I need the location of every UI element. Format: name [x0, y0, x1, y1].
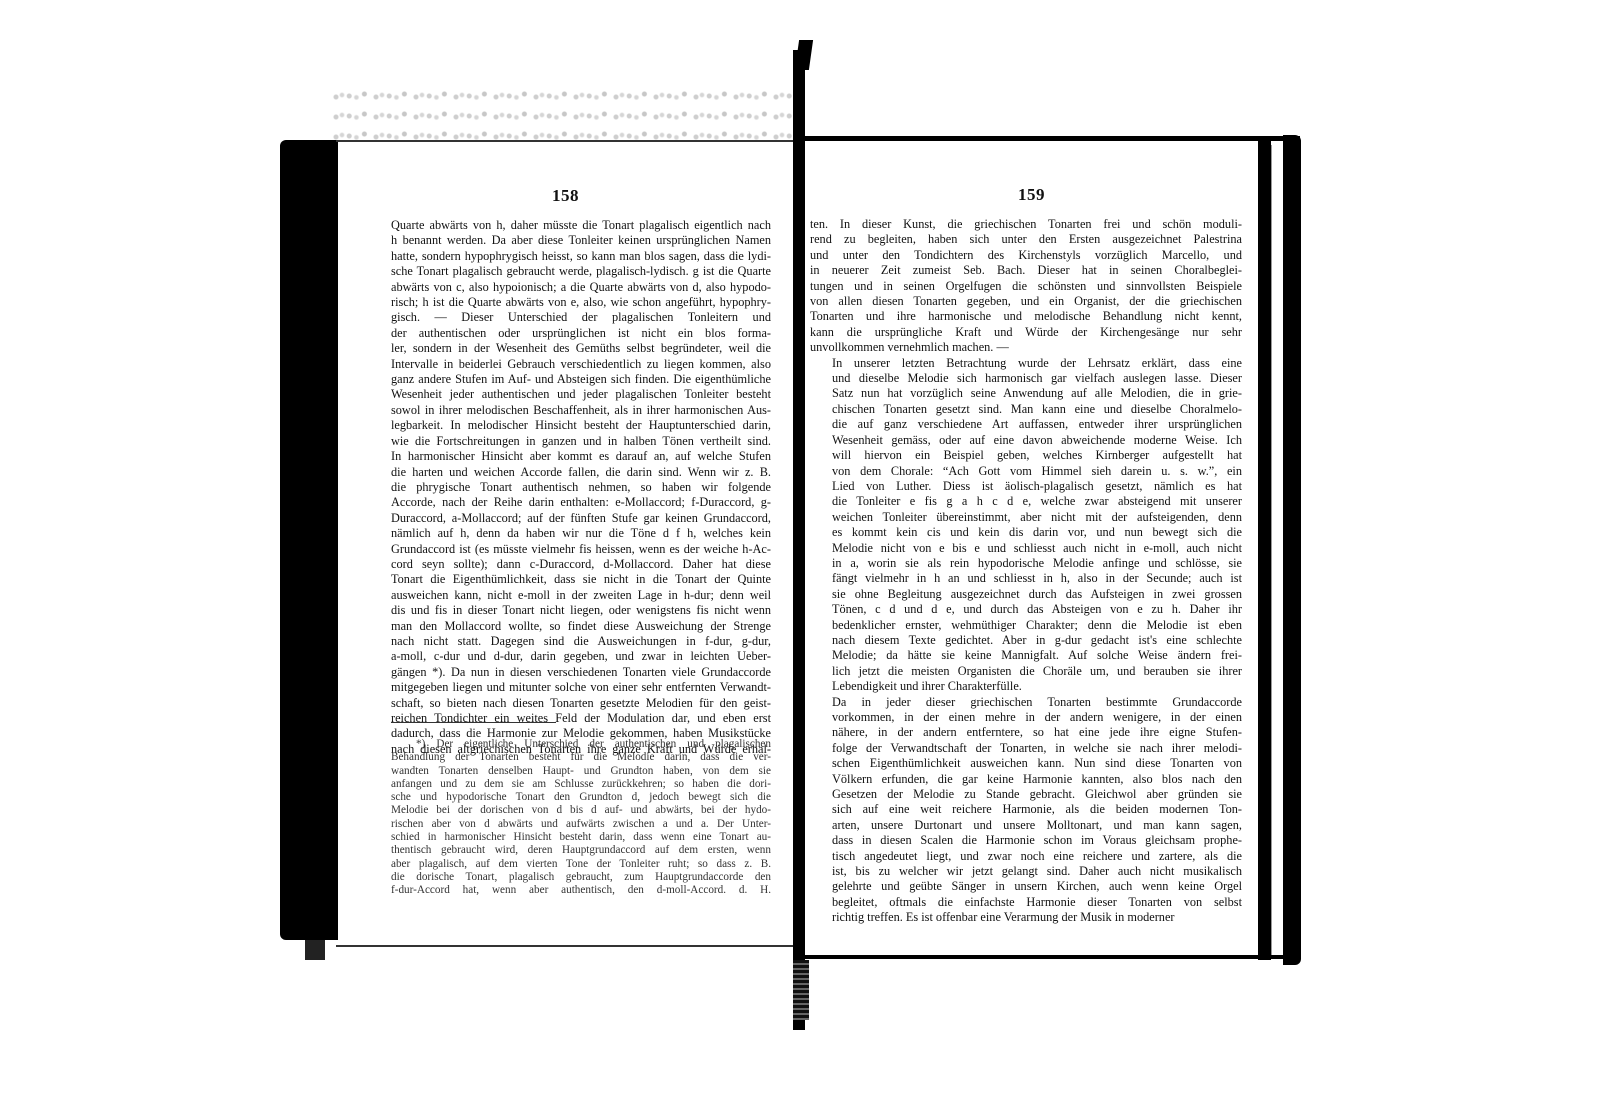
text-line: rend zu begleiten, haben sich unter den …: [810, 232, 1242, 247]
text-line: Tonart die Eigenthümlichkeit, dass sie n…: [391, 572, 771, 587]
text-line: hatte, sondern hypophrygisch heisst, so …: [391, 249, 771, 264]
text-line: Accorde, nach der Reihe darin enthalten:…: [391, 495, 771, 510]
text-line: anfangen und zu dem sie am Schlusse zurü…: [391, 778, 771, 791]
text-line: sowol in ihrer melodischen Beschaffenhei…: [391, 403, 771, 418]
text-line: ist, bis zu welcher wir jetzt gelangt si…: [810, 864, 1242, 879]
text-line: unvollkommen vernehmlich machen. —: [810, 340, 1242, 355]
text-line: von dem Chorale: “Ach Gott vom Himmel si…: [810, 464, 1242, 479]
book-spine-gutter: [793, 50, 805, 1030]
text-line: *) Der eigentliche Unterschied der authe…: [391, 738, 771, 751]
text-line: nach nicht statt. Dagegen sind die Auswe…: [391, 634, 771, 649]
text-line: ten. In dieser Kunst, die griechischen T…: [810, 217, 1242, 232]
text-line: f-dur-Accord hat, wenn aber authentisch,…: [391, 884, 771, 897]
text-line: cord seyn sollte); dann c-Duraccord, d-M…: [391, 557, 771, 572]
text-line: schied in harmonischer Hinsicht besteht …: [391, 831, 771, 844]
text-line: Melodie bei der dorischen von d bis d au…: [391, 804, 771, 817]
text-line: man den Mollaccord wollte, so findet die…: [391, 619, 771, 634]
text-line: abwärts von c, also hypoionisch; a die Q…: [391, 280, 771, 295]
text-line: h benannt werden. Da aber diese Tonleite…: [391, 233, 771, 248]
text-line: Duraccord, a-Mollaccord; auf der fünften…: [391, 511, 771, 526]
text-line: in a, worin sie als rein hypodorische Me…: [810, 556, 1242, 571]
text-line: schaft, so bieten nach diesen Tonarten g…: [391, 696, 771, 711]
page-number: 159: [805, 185, 1258, 205]
text-line: Quarte abwärts von h, daher müsste die T…: [391, 218, 771, 233]
text-line: in neuerer Zeit zumeist Seb. Bach. Diese…: [810, 263, 1242, 278]
text-line: die auf ganz verschiedene Art auffassen,…: [810, 417, 1242, 432]
left-cover-edge: [280, 140, 338, 940]
text-line: schen Eigenthümlichkeit ausweichen kann.…: [810, 756, 1242, 771]
text-line: und dieselbe Melodie sich harmonisch gar…: [810, 371, 1242, 386]
text-line: von allen diesen Tonarten gegeben, und e…: [810, 294, 1242, 309]
text-line: die dorische Tonart, plagalisch gebrauch…: [391, 871, 771, 884]
text-line: risch; h ist die Quarte abwärts von e, a…: [391, 295, 771, 310]
text-line: richtig treffen. Es ist offenbar eine Ve…: [810, 910, 1242, 925]
text-line: tisch angedeutet liegt, und zwar noch ei…: [810, 849, 1242, 864]
text-line: und unter den Tondichtern des Kirchensty…: [810, 248, 1242, 263]
text-line: Behandlung der Tonarten besteht für die …: [391, 751, 771, 764]
page-body-text: ten. In dieser Kunst, die griechischen T…: [810, 217, 1242, 926]
text-line: weichen Tonleiter übereinstimmt, aber ni…: [810, 510, 1242, 525]
text-line: die Tonleiter e fis g a h c d e, welche …: [810, 494, 1242, 509]
text-line: dass in diesen Scalen die Harmonie schon…: [810, 833, 1242, 848]
text-line: die harten und weichen Accorde fallen, d…: [391, 465, 771, 480]
text-line: dis und fis in dieser Tonart nicht liege…: [391, 603, 771, 618]
paragraph: ten. In dieser Kunst, die griechischen T…: [810, 217, 1242, 356]
text-line: lich jetzt die meisten Organisten die Ch…: [810, 664, 1242, 679]
left-cover-foot: [305, 940, 325, 960]
text-line: sche Tonart plagalisch gebraucht werde, …: [391, 264, 771, 279]
text-line: will hiervon ein Beispiel geben, welches…: [810, 448, 1242, 463]
text-line: Wesenheit jeder authentischen und jeder …: [391, 387, 771, 402]
text-line: fängt vielmehr in h an und schliesst in …: [810, 571, 1242, 586]
text-line: tungen und in seinen Orgelfugen die schö…: [810, 279, 1242, 294]
left-page-bottom-edge: [336, 945, 796, 947]
text-line: legbarkeit. In melodischer Hinsicht best…: [391, 418, 771, 433]
text-line: Lied von Luther. Diess ist äolisch-plaga…: [810, 479, 1242, 494]
text-line: In harmonischer Hinsicht aber kommt es d…: [391, 449, 771, 464]
text-line: kann die ursprüngliche Kraft und Würde d…: [810, 325, 1242, 340]
text-line: Melodie nicht von e bis e und schliesst …: [810, 541, 1242, 556]
text-line: In unserer letzten Betrachtung wurde der…: [810, 356, 1242, 371]
text-line: folge der Verwandtschaft der Tonarten, i…: [810, 741, 1242, 756]
text-line: reichen Tondichter ein weites Feld der M…: [391, 711, 771, 726]
text-line: chischen Tonarten gesetzt sind. Man kann…: [810, 402, 1242, 417]
paragraph: In unserer letzten Betrachtung wurde der…: [810, 356, 1242, 695]
text-line: nähere, in der andern entferntere, so ha…: [810, 725, 1242, 740]
text-line: aber plagalisch, auf dem vierten Tone de…: [391, 858, 771, 871]
paragraph: Da in jeder dieser griechischen Tonarten…: [810, 695, 1242, 926]
text-line: gängen *). Da nun in diesen verschiedene…: [391, 665, 771, 680]
text-line: rischen aber von d abwärts und aufwärts …: [391, 818, 771, 831]
right-cover-edge: [1283, 135, 1301, 965]
text-line: Melodie; da hätte sie keine Mannigfalt. …: [810, 648, 1242, 663]
text-line: der authentischen oder ursprünglichen is…: [391, 326, 771, 341]
text-line: ler, sondern in der Wesenheit des Gemüth…: [391, 341, 771, 356]
text-line: die phrygische Tonart authentisch nehmen…: [391, 480, 771, 495]
text-line: bedenklicher ernster, wehmüthiger Charak…: [810, 618, 1242, 633]
text-line: arten, unsere Durtonart und unsere Mollt…: [810, 818, 1242, 833]
page-body-text: Quarte abwärts von h, daher müsste die T…: [391, 218, 771, 757]
paper-speckle-noise: [330, 85, 800, 140]
text-line: sche und hypodorische Tonart den Grundto…: [391, 791, 771, 804]
text-line: sie ohne Begleitung ausgezeichnet durch …: [810, 587, 1242, 602]
text-line: wandten Tonarten denselben Haupt- und Gr…: [391, 765, 771, 778]
footnote: *) Der eigentliche Unterschied der authe…: [391, 738, 771, 898]
text-line: Völkern erfunden, die gar keine Harmonie…: [810, 772, 1242, 787]
text-line: Lebendigkeit und ihrer Charakterfülle.: [810, 679, 1242, 694]
text-line: nach diesem Texte gedichtet. Aber in g-d…: [810, 633, 1242, 648]
text-line: Tönen, c d und d e, und durch das Abstei…: [810, 602, 1242, 617]
text-line: Intervalle in beiderlei Gebrauch verschi…: [391, 357, 771, 372]
text-line: ganz andere Stufen im Auf- und Absteigen…: [391, 372, 771, 387]
text-line: Wesenheit gemäss, oder auf eine davon ab…: [810, 433, 1242, 448]
left-page: 158 Quarte abwärts von h, daher müsste d…: [338, 142, 793, 945]
spine-foot-shadow: [793, 960, 809, 1020]
text-line: Gesetzen der Melodie zu Stande gebracht.…: [810, 787, 1242, 802]
text-line: thentisch gebraucht wird, deren Hauptgru…: [391, 844, 771, 857]
text-line: Grundaccord ist (es müsste vielmehr fis …: [391, 542, 771, 557]
text-line: ausweichen kann, nicht e-moll in der zwe…: [391, 588, 771, 603]
text-line: begleitet, oftmals die einfachste Harmon…: [810, 895, 1242, 910]
text-line: a-moll, c-dur und d-dur, darin gegeben, …: [391, 649, 771, 664]
text-line: wie die Fortschreitungen in ganzen und i…: [391, 434, 771, 449]
right-page-block-edge: [1258, 140, 1271, 960]
text-line: gelehrte und geübte Sänger in unsern Kir…: [810, 879, 1242, 894]
text-line: mitgegeben liegen und mitunter solche vo…: [391, 680, 771, 695]
text-line: vorkommen, in der einen mehre in der and…: [810, 710, 1242, 725]
right-page-bottom-edge: [795, 955, 1295, 959]
text-line: Da in jeder dieser griechischen Tonarten…: [810, 695, 1242, 710]
text-line: es kommt kein cis und kein dis darin vor…: [810, 525, 1242, 540]
page-number: 158: [338, 186, 793, 206]
text-line: gisch. — Dieser Unterschied der plagalis…: [391, 310, 771, 325]
text-line: Satz nun hat vorzüglich seine Anwendung …: [810, 386, 1242, 401]
text-line: Tonarten und ihre harmonische und melodi…: [810, 309, 1242, 324]
text-line: nämlich auf h, denn da haben wir nur die…: [391, 526, 771, 541]
right-page: 159 ten. In dieser Kunst, die griechisch…: [805, 141, 1258, 955]
text-line: sich auf eine weit reichere Harmonie, al…: [810, 802, 1242, 817]
footnote-separator: [391, 722, 556, 723]
